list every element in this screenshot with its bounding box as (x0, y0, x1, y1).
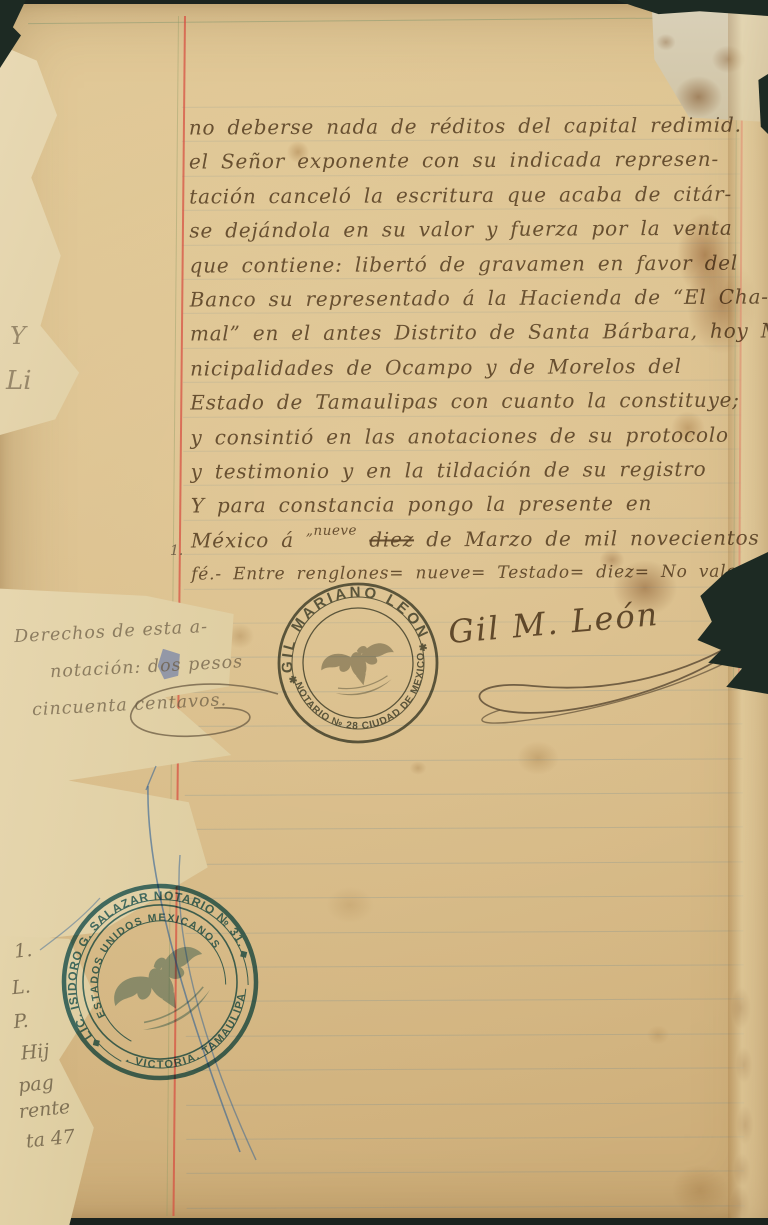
body-line: Banco su representado á la Hacienda de “… (190, 279, 768, 316)
body-line: no deberse nada de réditos del capital r… (189, 107, 767, 144)
text-fragment: pag (17, 1071, 55, 1097)
ruled-line (186, 1102, 744, 1105)
document-page: no deberse nada de réditos del capital r… (0, 0, 768, 1225)
ruled-line (185, 758, 743, 761)
stamp-separator-icon: ✱ (418, 642, 429, 655)
ruled-line (185, 930, 743, 933)
interlined-correction: „nueve (306, 513, 357, 548)
margin-number: 1. (170, 543, 183, 559)
body-line-date: México á „nueve diez de Marzo de mil nov… (191, 520, 768, 557)
ruled-line (185, 896, 743, 899)
body-line: y testimonio y en la tildación de su reg… (191, 451, 768, 488)
body-line: Estado de Tamaulipas con cuanto la const… (190, 383, 768, 420)
svg-text:NOTARIO № 28 CIUDAD DE MEXICO: NOTARIO № 28 CIUDAD DE MEXICO (292, 650, 442, 747)
body-line: se dejándola en su valor y fuerza por la… (189, 211, 767, 248)
body-line: tación canceló la escritura que acaba de… (189, 176, 767, 213)
ruled-line (187, 1205, 745, 1208)
ruled-line (186, 1171, 744, 1174)
stamp-separator-icon: ✱ (288, 674, 299, 687)
body-line: mal” en el antes Distrito de Santa Bárba… (190, 314, 768, 351)
body-line: que contiene: libertó de gravamen en fav… (189, 245, 767, 282)
body-line: el Señor exponente con su indicada repre… (189, 142, 767, 179)
ruled-line (185, 792, 743, 795)
ruled-line (186, 1136, 744, 1139)
ruled-line (185, 827, 743, 830)
stamp-arc-bottom-text: NOTARIO № 28 CIUDAD DE MEXICO (292, 650, 442, 747)
date-prefix: México á (191, 528, 294, 553)
torn-text-fragment: Li (6, 366, 32, 396)
text-fragment: Hij (20, 1040, 51, 1065)
body-line: y consintió en las anotaciones de su pro… (190, 417, 768, 454)
ruled-line (185, 861, 743, 864)
eagle-coat-of-arms-icon (106, 938, 225, 1044)
handwritten-body: no deberse nada de réditos del capital r… (189, 107, 768, 591)
date-suffix: de Marzo de mil novecientos cinco. Doy (426, 525, 768, 551)
text-fragment: P. (12, 1010, 29, 1033)
ruled-line (186, 1068, 744, 1071)
torn-text-fragment: Y (10, 322, 26, 350)
body-line: nicipalidades de Ocampo y de Morelos del (190, 348, 768, 385)
eagle-coat-of-arms-icon (318, 639, 402, 702)
body-line: Y para constancia pongo la presente en (191, 486, 768, 523)
